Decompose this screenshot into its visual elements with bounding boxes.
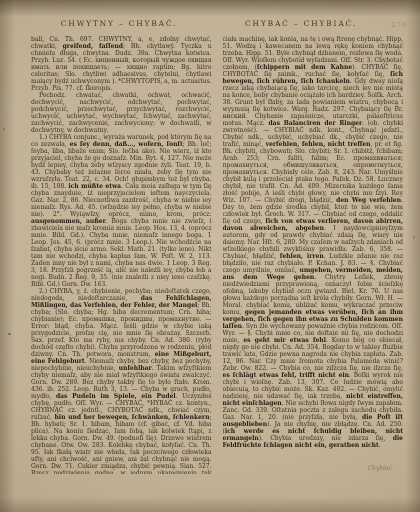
- text-column-left: ball, Cn. Th. 697. CHWYTNY, a, e, zdolny…: [31, 36, 212, 474]
- paragraph: ball, Cn. Th. 697. CHWYTNY, a, e, zdolny…: [31, 36, 212, 92]
- paragraph: Pochodz. chwatać, chwatki, ochwat, ochwa…: [31, 92, 212, 134]
- paragraph: 2.) CHYBA, y, ż. chybienie, pochyba; nie…: [31, 288, 212, 474]
- ink-speck: [413, 236, 415, 239]
- paragraph: 1.) CHYBA conjunc., wyraża warunek, pod …: [31, 134, 212, 288]
- text-block: ball, Cn. Th. 697. CHWYTNY, a, e, zdolny…: [31, 36, 403, 474]
- paragraph: ciała machinę, iak konia, na tę i ową ſt…: [223, 36, 404, 449]
- running-title-left: CHWYTNY – CHYBAĆ.: [31, 19, 207, 28]
- ink-speck: [8, 333, 11, 335]
- text-column-right: ciała machinę, iak konia, na tę i ową ſt…: [223, 36, 404, 474]
- catchword: Chybiać: [367, 465, 392, 472]
- dictionary-page: CHWYTNY – CHYBAĆ. CHYBAĆ – CHYBIAĆ. 279 …: [0, 0, 420, 512]
- page-number: 279: [392, 21, 407, 29]
- ink-speck: [3, 128, 5, 130]
- running-title-right: CHYBAĆ – CHYBIAĆ.: [214, 19, 388, 28]
- page-header: CHWYTNY – CHYBAĆ. CHYBAĆ – CHYBIAĆ. 279: [0, 19, 420, 31]
